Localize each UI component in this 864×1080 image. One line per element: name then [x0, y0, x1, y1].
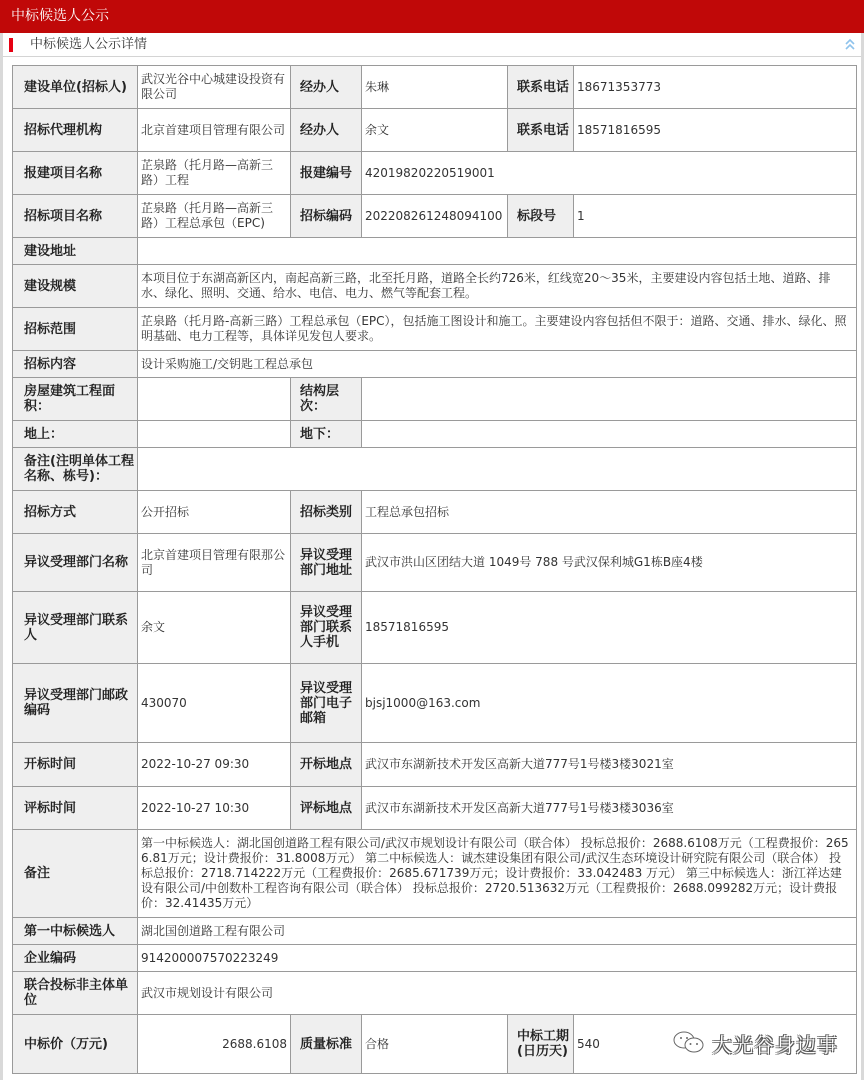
value-remark: 第一中标候选人：湖北国创道路工程有限公司/武汉市规划设计有限公司（联合体） 投标… [138, 830, 857, 918]
value-winning-price: 2688.6108 [138, 1015, 291, 1074]
value-tender-type: 工程总承包招标 [362, 491, 857, 534]
value-content: 设计采购施工/交钥匙工程总承包 [138, 351, 857, 378]
table-row: 开标时间 2022-10-27 09:30 开标地点 武汉市东湖新技术开发区高新… [13, 743, 857, 787]
label-handler: 经办人 [291, 109, 362, 152]
value-builder: 武汉光谷中心城建设投资有限公司 [138, 66, 291, 109]
value-objection-contact: 余文 [138, 592, 291, 664]
label-first-candidate: 第一中标候选人 [13, 918, 138, 945]
value-first-candidate: 湖北国创道路工程有限公司 [138, 918, 857, 945]
detail-table: 建设单位(招标人) 武汉光谷中心城建设投资有限公司 经办人 朱琳 联系电话 18… [12, 65, 857, 1074]
label-phone: 联系电话 [508, 109, 574, 152]
value-address [138, 238, 857, 265]
watermark-text: 大光谷身边事 [712, 1029, 838, 1058]
label-project-name: 报建项目名称 [13, 152, 138, 195]
table-row: 招标代理机构 北京首建项目管理有限公司 经办人 余文 联系电话 18571816… [13, 109, 857, 152]
label-scope: 招标范围 [13, 308, 138, 351]
label-building-remark: 备注(注明单体工程名称、栋号)： [13, 448, 138, 491]
table-row: 地上： 地下： [13, 421, 857, 448]
value-eval-time: 2022-10-27 10:30 [138, 787, 291, 830]
value-section-no: 1 [574, 195, 857, 238]
value-bid-open-time: 2022-10-27 09:30 [138, 743, 291, 787]
value-agency: 北京首建项目管理有限公司 [138, 109, 291, 152]
table-row: 第一中标候选人 湖北国创道路工程有限公司 [13, 918, 857, 945]
table-row: 备注(注明单体工程名称、栋号)： [13, 448, 857, 491]
table-row: 建设地址 [13, 238, 857, 265]
table-row: 评标时间 2022-10-27 10:30 评标地点 武汉市东湖新技术开发区高新… [13, 787, 857, 830]
table-row: 联合投标非主体单位 武汉市规划设计有限公司 [13, 972, 857, 1015]
label-agency: 招标代理机构 [13, 109, 138, 152]
label-structure-levels: 结构层次： [291, 378, 362, 421]
section-header: 中标候选人公示详情 [3, 33, 861, 57]
value-handler: 朱琳 [362, 66, 508, 109]
section-accent-bar [9, 38, 13, 52]
table-row: 招标项目名称 芷泉路（托月路—高新三路）工程总承包（EPC) 招标编码 2022… [13, 195, 857, 238]
value-handler: 余文 [362, 109, 508, 152]
double-chevron-up-icon[interactable] [843, 36, 857, 52]
value-objection-mobile: 18571816595 [362, 592, 857, 664]
value-tender-method: 公开招标 [138, 491, 291, 534]
value-objection-zip: 430070 [138, 664, 291, 743]
wechat-icon [672, 1029, 706, 1057]
value-building-area [138, 378, 291, 421]
value-objection-email[interactable]: bjsj1000@163.com [362, 664, 857, 743]
label-objection-mobile: 异议受理部门联系人手机 [291, 592, 362, 664]
label-above-ground: 地上： [13, 421, 138, 448]
label-address: 建设地址 [13, 238, 138, 265]
value-building-remark [138, 448, 857, 491]
label-quality-standard: 质量标准 [291, 1015, 362, 1074]
label-section-no: 标段号 [508, 195, 574, 238]
label-building-area: 房屋建筑工程面积： [13, 378, 138, 421]
value-project-code: 42019820220519001 [362, 152, 857, 195]
section-title: 中标候选人公示详情 [30, 33, 147, 57]
value-scale: 本项目位于东湖高新区内，南起高新三路，北至托月路，道路全长约726米，红线宽20… [138, 265, 857, 308]
label-tender-type: 招标类别 [291, 491, 362, 534]
label-objection-zip: 异议受理部门邮政编码 [13, 664, 138, 743]
value-quality-standard: 合格 [362, 1015, 508, 1074]
value-eval-place: 武汉市东湖新技术开发区高新大道777号1号楼3楼3036室 [362, 787, 857, 830]
page-title: 中标候选人公示 [11, 8, 109, 24]
table-row: 报建项目名称 芷泉路（托月路—高新三路）工程 报建编号 420198202205… [13, 152, 857, 195]
label-objection-email: 异议受理部门电子邮箱 [291, 664, 362, 743]
label-remark: 备注 [13, 830, 138, 918]
value-structure-levels [362, 378, 857, 421]
table-row: 企业编码 914200007570223249 [13, 945, 857, 972]
label-company-code: 企业编码 [13, 945, 138, 972]
label-phone: 联系电话 [508, 66, 574, 109]
label-below-ground: 地下： [291, 421, 362, 448]
label-objection-contact: 异议受理部门联系人 [13, 592, 138, 664]
value-scope: 芷泉路（托月路-高新三路）工程总承包（EPC），包括施工图设计和施工。主要建设内… [138, 308, 857, 351]
table-row: 异议受理部门邮政编码 430070 异议受理部门电子邮箱 bjsj1000@16… [13, 664, 857, 743]
label-builder: 建设单位(招标人) [13, 66, 138, 109]
table-row: 房屋建筑工程面积： 结构层次： [13, 378, 857, 421]
label-content: 招标内容 [13, 351, 138, 378]
value-phone: 18571816595 [574, 109, 857, 152]
page-header: 中标候选人公示 [0, 0, 864, 33]
table-row: 建设规模 本项目位于东湖高新区内，南起高新三路，北至托月路，道路全长约726米，… [13, 265, 857, 308]
table-row: 招标范围 芷泉路（托月路-高新三路）工程总承包（EPC），包括施工图设计和施工。… [13, 308, 857, 351]
table-row: 备注 第一中标候选人：湖北国创道路工程有限公司/武汉市规划设计有限公司（联合体）… [13, 830, 857, 918]
table-row: 异议受理部门名称 北京首建项目管理有限那公司 异议受理部门地址 武汉市洪山区团结… [13, 534, 857, 592]
label-duration: 中标工期(日历天) [508, 1015, 574, 1074]
label-tender-name: 招标项目名称 [13, 195, 138, 238]
table-row: 招标内容 设计采购施工/交钥匙工程总承包 [13, 351, 857, 378]
label-joint-bidder: 联合投标非主体单位 [13, 972, 138, 1015]
value-company-code: 914200007570223249 [138, 945, 857, 972]
label-eval-time: 评标时间 [13, 787, 138, 830]
label-tender-code: 招标编码 [291, 195, 362, 238]
value-joint-bidder: 武汉市规划设计有限公司 [138, 972, 857, 1015]
label-bid-open-place: 开标地点 [291, 743, 362, 787]
label-handler: 经办人 [291, 66, 362, 109]
label-objection-dept: 异议受理部门名称 [13, 534, 138, 592]
value-objection-address: 武汉市洪山区团结大道 1049号 788 号武汉保利城G1栋B座4楼 [362, 534, 857, 592]
value-tender-code: 202208261248094100 [362, 195, 508, 238]
label-tender-method: 招标方式 [13, 491, 138, 534]
value-above-ground [138, 421, 291, 448]
label-bid-open-time: 开标时间 [13, 743, 138, 787]
value-objection-dept: 北京首建项目管理有限那公司 [138, 534, 291, 592]
table-row: 异议受理部门联系人 余文 异议受理部门联系人手机 18571816595 [13, 592, 857, 664]
value-tender-name: 芷泉路（托月路—高新三路）工程总承包（EPC) [138, 195, 291, 238]
label-winning-price: 中标价（万元) [13, 1015, 138, 1074]
value-bid-open-place: 武汉市东湖新技术开发区高新大道777号1号楼3楼3021室 [362, 743, 857, 787]
table-row: 招标方式 公开招标 招标类别 工程总承包招标 [13, 491, 857, 534]
label-objection-address: 异议受理部门地址 [291, 534, 362, 592]
label-project-code: 报建编号 [291, 152, 362, 195]
watermark: 大光谷身边事 [672, 1026, 838, 1060]
table-row: 建设单位(招标人) 武汉光谷中心城建设投资有限公司 经办人 朱琳 联系电话 18… [13, 66, 857, 109]
value-phone: 18671353773 [574, 66, 857, 109]
label-eval-place: 评标地点 [291, 787, 362, 830]
value-below-ground [362, 421, 857, 448]
label-scale: 建设规模 [13, 265, 138, 308]
value-project-name: 芷泉路（托月路—高新三路）工程 [138, 152, 291, 195]
